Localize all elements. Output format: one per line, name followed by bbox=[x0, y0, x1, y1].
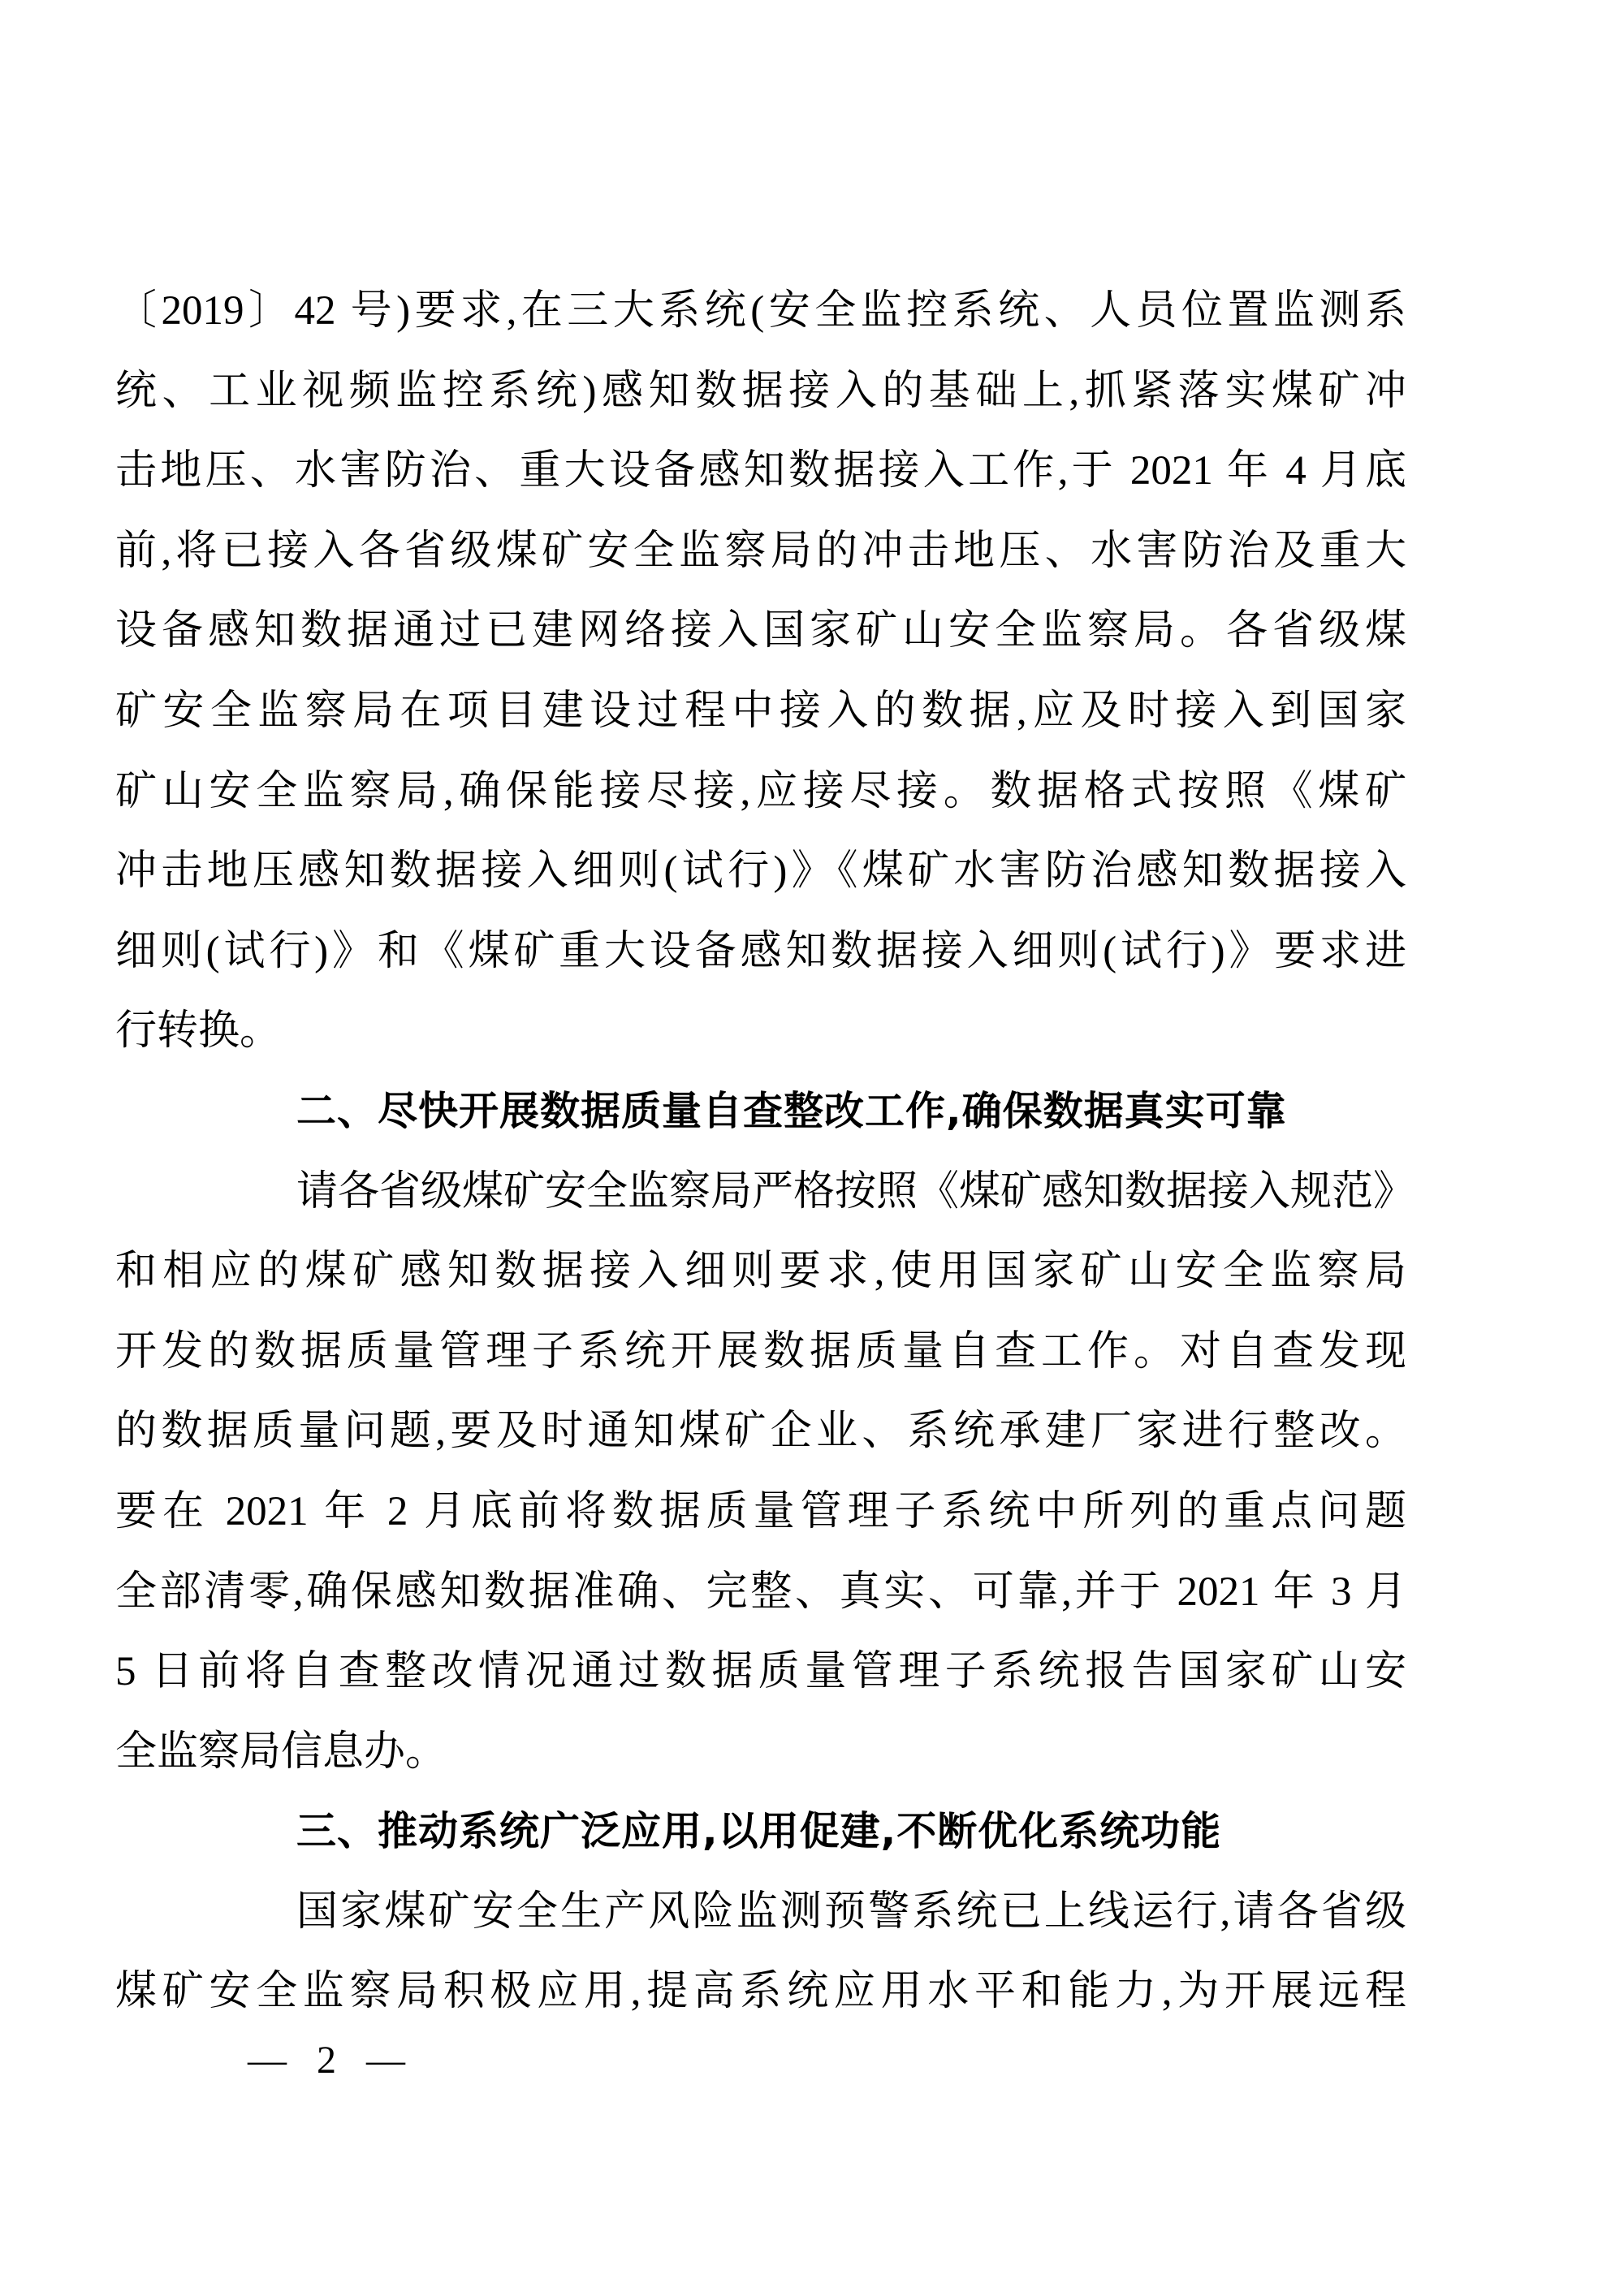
text-line: 〔2019〕42 号)要求,在三大系统(安全监控系统、人员位置监测系 bbox=[115, 271, 1406, 352]
text-line: 的数据质量问题,要及时通知煤矿企业、系统承建厂家进行整改。 bbox=[115, 1392, 1406, 1472]
text-line: 国家煤矿安全生产风险监测预警系统已上线运行,请各省级 bbox=[115, 1872, 1406, 1953]
text-line: 5 日前将自查整改情况通过数据质量管理子系统报告国家矿山安 bbox=[115, 1632, 1406, 1712]
document-body: 〔2019〕42 号)要求,在三大系统(安全监控系统、人员位置监测系统、工业视频… bbox=[115, 271, 1406, 2032]
text-line: 煤矿安全监察局积极应用,提高系统应用水平和能力,为开展远程 bbox=[115, 1952, 1406, 2032]
text-line: 冲击地压感知数据接入细则(试行)》《煤矿水害防治感知数据接入 bbox=[115, 831, 1406, 912]
text-line: 全部清零,确保感知数据准确、完整、真实、可靠,并于 2021 年 3 月 bbox=[115, 1552, 1406, 1633]
text-line: 矿安全监察局在项目建设过程中接入的数据,应及时接入到国家 bbox=[115, 671, 1406, 752]
text-line: 前,将已接入各省级煤矿安全监察局的冲击地压、水害防治及重大 bbox=[115, 511, 1406, 592]
section-heading: 三、推动系统广泛应用,以用促建,不断优化系统功能 bbox=[115, 1792, 1406, 1872]
page-footer: — 2 — bbox=[248, 2036, 405, 2085]
section-heading: 二、尽快开展数据质量自查整改工作,确保数据真实可靠 bbox=[115, 1072, 1406, 1152]
text-line: 统、工业视频监控系统)感知数据接入的基础上,抓紧落实煤矿冲 bbox=[115, 352, 1406, 432]
text-line: 开发的数据质量管理子系统开展数据质量自查工作。对自查发现 bbox=[115, 1312, 1406, 1392]
text-line: 击地压、水害防治、重大设备感知数据接入工作,于 2021 年 4 月底 bbox=[115, 431, 1406, 511]
text-line: 要在 2021 年 2 月底前将数据质量管理子系统中所列的重点问题 bbox=[115, 1472, 1406, 1552]
text-line: 细则(试行)》和《煤矿重大设备感知数据接入细则(试行)》要求进 bbox=[115, 912, 1406, 992]
footer-dash-left: — bbox=[248, 2036, 287, 2085]
text-line: 设备感知数据通过已建网络接入国家矿山安全监察局。各省级煤 bbox=[115, 591, 1406, 671]
text-line: 全监察局信息办。 bbox=[115, 1712, 1406, 1793]
text-line: 和相应的煤矿感知数据接入细则要求,使用国家矿山安全监察局 bbox=[115, 1232, 1406, 1312]
page-number: 2 bbox=[317, 2036, 336, 2085]
footer-dash-right: — bbox=[366, 2036, 405, 2085]
text-line: 行转换。 bbox=[115, 991, 1406, 1072]
document-page: 〔2019〕42 号)要求,在三大系统(安全监控系统、人员位置监测系统、工业视频… bbox=[0, 0, 1624, 2296]
text-line: 矿山安全监察局,确保能接尽接,应接尽接。数据格式按照《煤矿 bbox=[115, 752, 1406, 832]
text-line: 请各省级煤矿安全监察局严格按照《煤矿感知数据接入规范》 bbox=[115, 1152, 1406, 1232]
